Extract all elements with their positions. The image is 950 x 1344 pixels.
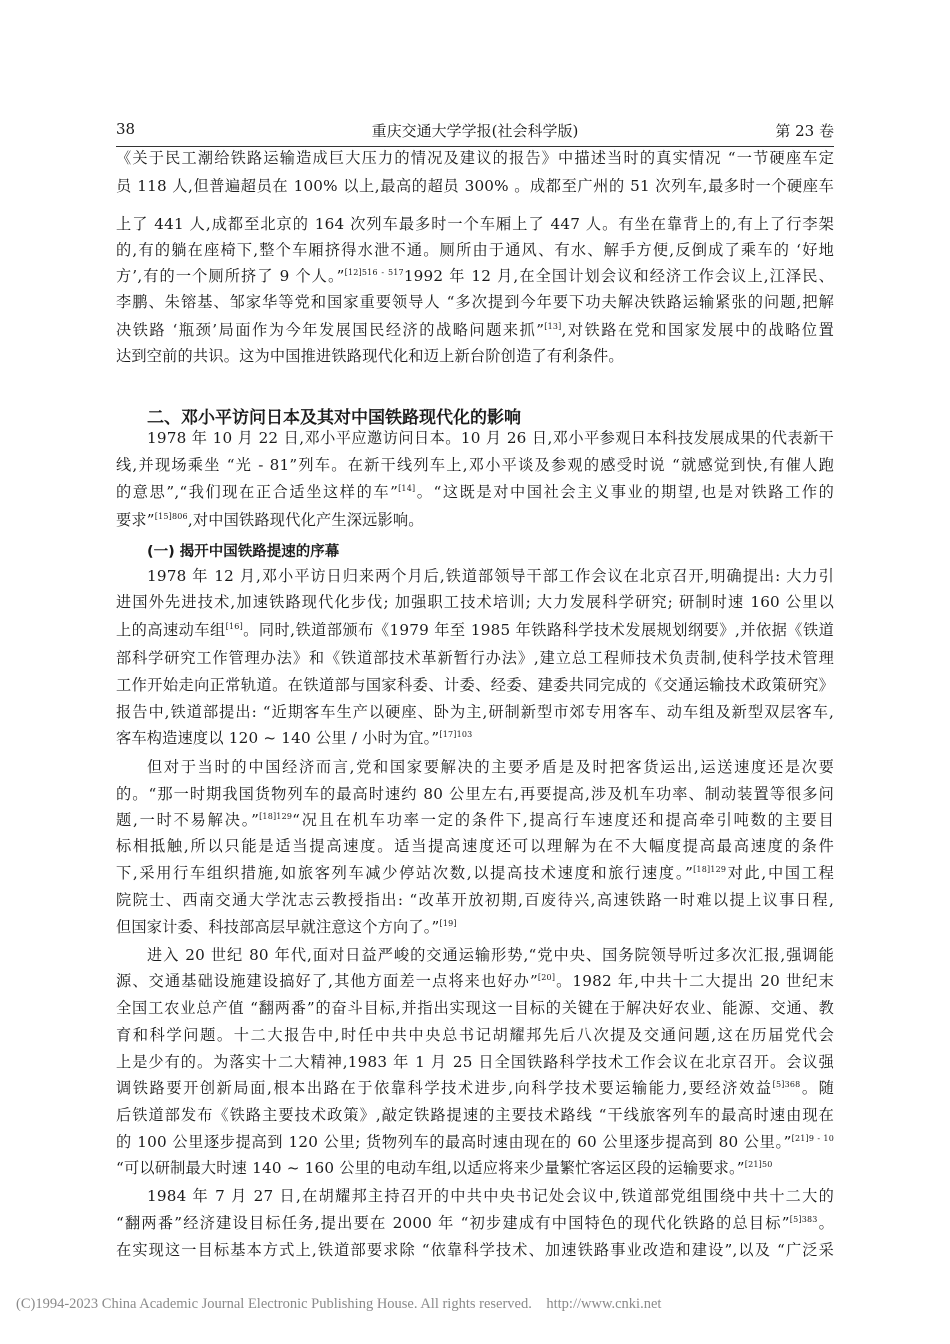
text-line: 方’,有的一个厕所挤了 9 个人。”[12]516 - 5171992 年 12… — [116, 266, 834, 286]
text-line: 决铁路 ‘瓶颈’局面作为今年发展国民经济的战略问题来抓”[13],对铁路在党和国… — [116, 320, 834, 340]
running-header: 38 重庆交通大学学报(社会科学版) 第 23 卷 — [116, 118, 834, 147]
journal-title: 重庆交通大学学报(社会科学版) — [116, 120, 834, 141]
citation-ref: [16] — [226, 622, 243, 631]
cnki-link[interactable]: http://www.cnki.net — [546, 1296, 661, 1312]
volume-label: 第 23 卷 — [775, 120, 834, 141]
text-line: 的意思”,“我们现在正合适坐这样的车”[14]。“这既是对中国社会主义事业的期望… — [116, 482, 834, 502]
text-line: 员 118 人,但普遍超员在 100% 以上,最高的超员 300% 。成都至广州… — [116, 176, 834, 196]
text-line: “翻两番”经济建设目标任务,提出要在 2000 年 “初步建成有中国特色的现代化… — [116, 1213, 834, 1233]
text-line: 全国工农业总产值 “翻两番”的奋斗目标,并指出实现这一目标的关键在于解决好农业、… — [116, 998, 834, 1018]
citation-ref: [17]103 — [439, 730, 472, 739]
text-line: 育和科学问题。十二大报告中,时任中共中央总书记胡耀邦先后八次提及交通问题,这在历… — [116, 1025, 834, 1045]
text-line: 《关于民工潮给铁路运输造成巨大压力的情况及建议的报告》中描述当时的真实情况 “一… — [116, 148, 834, 168]
text-line: 的,有的躺在座椅下,整个车厢挤得水泄不通。厕所由于通风、有水、解手方便,反倒成了… — [116, 240, 834, 260]
text-line: 但国家计委、科技部高层早就注意这个方向了。”[19] — [116, 917, 834, 937]
text-line: 报告中,铁道部提出: “近期客车生产以硬座、卧为主,研制新型市郊专用客车、动车组… — [116, 702, 834, 722]
text-line: 源、交通基础设施建设搞好了,其他方面差一点将来也好办”[20]。1982 年,中… — [116, 971, 834, 991]
citation-ref: [20] — [538, 973, 555, 982]
text-line: 题,一时不易解决。”[18]129“况且在机车功率一定的条件下,提高行车速度还和… — [116, 810, 834, 830]
text-line: 1978 年 12 月,邓小平访日归来两个月后,铁道部领导干部工作会议在北京召开… — [116, 566, 834, 586]
citation-ref: [13] — [544, 322, 561, 331]
text-line: 上的高速动车组[16]。同时,铁道部颁布《1979 年至 1985 年铁路科学技… — [116, 620, 834, 640]
text-line: 调铁路要开创新局面,根本出路在于依靠科学技术进步,向科学技术要运输能力,要经济效… — [116, 1078, 834, 1098]
text-line: 达到空前的共识。这为中国推进铁路现代化和迈上新台阶创造了有利条件。 — [116, 346, 834, 366]
citation-ref: [5]383 — [790, 1215, 818, 1224]
text-line: 工作开始走向正常轨道。在铁道部与国家科委、计委、经委、建委共同完成的《交通运输技… — [116, 675, 834, 695]
text-line: 后铁道部发布《铁路主要技术政策》,敲定铁路提速的主要技术路线 “干线旅客列车的最… — [116, 1105, 834, 1125]
citation-ref: [18]129 — [259, 812, 292, 821]
citation-ref: [21]50 — [745, 1160, 773, 1169]
text-line: 上了 441 人,成都至北京的 164 次列车最多时一个车厢上了 447 人。有… — [116, 214, 834, 234]
text-line: 上是少有的。为落实十二大精神,1983 年 1 月 25 日全国铁路科学技术工作… — [116, 1052, 834, 1072]
copyright-footer: (C)1994-2023 China Academic Journal Elec… — [16, 1296, 661, 1313]
text-line: 的。“那一时期我国货物列车的最高时速约 80 公里左右,再要提高,涉及机车功率、… — [116, 784, 834, 804]
citation-ref: [12]516 - 517 — [345, 268, 404, 277]
text-line: “可以研制最大时速 140 ~ 160 公里的电动车组,以适应将来少量繁忙客运区… — [116, 1158, 834, 1178]
text-line: 进入 20 世纪 80 年代,面对日益严峻的交通运输形势,“党中央、国务院领导听… — [116, 945, 834, 965]
text-line: 1984 年 7 月 27 日,在胡耀邦主持召开的中共中央书记处会议中,铁道部党… — [116, 1186, 834, 1206]
text-line: 的 100 公里逐步提高到 120 公里; 货物列车的最高时速由现在的 60 公… — [116, 1132, 834, 1152]
text-line: 线,并现场乘坐 “光 - 81”列车。在新干线列车上,邓小平谈及参观的感受时说 … — [116, 455, 834, 475]
subsection-heading: (一) 揭开中国铁路提速的序幕 — [116, 540, 339, 561]
text-line: 院院士、西南交通大学沈志云教授指出: “改革开放初期,百废待兴,高速铁路一时难以… — [116, 890, 834, 910]
citation-ref: [15]806 — [155, 512, 188, 521]
text-line: 部科学研究工作管理办法》和《铁道部技术革新暂行办法》,建立总工程师技术负责制,使… — [116, 648, 834, 668]
section-heading: 二、邓小平访问日本及其对中国铁路现代化的影响 — [116, 403, 521, 428]
text-line: 客车构造速度以 120 ~ 140 公里 / 小时为宜。”[17]103 — [116, 728, 834, 748]
text-line: 李鹏、朱镕基、邹家华等党和国家重要领导人 “多次提到今年要下功夫解决铁路运输紧张… — [116, 292, 834, 312]
text-line: 要求”[15]806,对中国铁路现代化产生深远影响。 — [116, 510, 834, 530]
text-line: 但对于当时的中国经济而言,党和国家要解决的主要矛盾是及时把客货运出,运送速度还是… — [116, 757, 834, 777]
citation-ref: [18]129 — [693, 865, 726, 874]
text-line: 1978 年 10 月 22 日,邓小平应邀访问日本。10 月 26 日,邓小平… — [116, 428, 834, 448]
text-line: 进国外先进技术,加速铁路现代化步伐; 加强职工技术培训; 大力发展科学研究; 研… — [116, 592, 834, 612]
text-line: 在实现这一目标基本方式上,铁道部要求除 “依靠科学技术、加速铁路事业改造和建设”… — [116, 1240, 834, 1260]
text-line: 标相抵触,所以只能是适当提高速度。适当提高速度还可以理解为在不大幅度提高最高速度… — [116, 836, 834, 856]
citation-ref: [21]9 - 10 — [792, 1134, 834, 1143]
text-line: 下,采用行车组织措施,如旅客列车减少停站次数,以提高技术速度和旅行速度。”[18… — [116, 863, 834, 883]
citation-ref: [19] — [440, 919, 457, 928]
citation-ref: [5]368 — [773, 1080, 801, 1089]
citation-ref: [14] — [398, 484, 415, 493]
copyright-text: (C)1994-2023 China Academic Journal Elec… — [16, 1296, 532, 1312]
